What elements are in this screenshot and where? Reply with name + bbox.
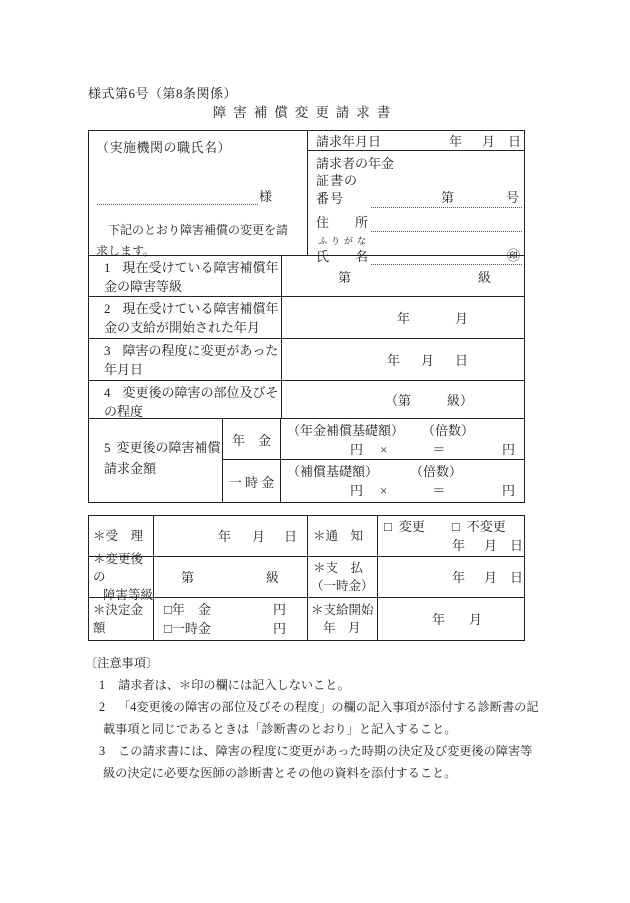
lump-base-line: （補償基礎額） （倍数）	[287, 462, 515, 481]
address-label: 住 所	[316, 214, 368, 232]
lump-amount-cell: （補償基礎額） （倍数） 円 × ＝ 円	[281, 460, 524, 502]
notice-options-line: □ 変更 □ 不変更	[378, 517, 524, 536]
row2-label: 2現在受けている障害補償年金の支給が開始された年月	[89, 297, 282, 338]
note-number: 2	[99, 700, 105, 714]
page-title: 障害補償変更請求書	[0, 101, 630, 121]
row5-label: 5変更後の障害補償請求金額	[89, 419, 223, 502]
grade-suffix: 級	[266, 568, 279, 587]
table-row: 2現在受けている障害補償年金の支給が開始された年月 年 月	[89, 297, 524, 339]
multiplier-label: （倍数）	[422, 421, 474, 440]
row2-value-cell: 年 月	[282, 297, 524, 338]
annuity-type-cell: 年 金	[223, 419, 280, 460]
unit-month: 月	[484, 568, 497, 587]
table-row: 3障害の程度に変更があった年月日 年 月 日	[89, 339, 524, 381]
unit-yen: 円	[350, 440, 363, 459]
grade-prefix: 第	[338, 267, 351, 286]
note-item: 3この請求書には、障害の程度に変更があった時期の決定及び変更後の障害等級の決定に…	[85, 740, 540, 784]
row2-number: 2	[104, 301, 111, 316]
row4-text: 変更後の障害の部位及びその程度	[104, 385, 279, 419]
unit-year: 年	[218, 527, 231, 546]
unit-yen: 円	[502, 481, 515, 500]
unit-yen: 円	[502, 440, 515, 459]
lump-type-cell: 一 時 金	[223, 460, 280, 502]
row4-label: 4変更後の障害の部位及びその程度	[89, 381, 282, 418]
payment-date-cell: 年 月 日	[378, 557, 524, 597]
unit-day: 日	[510, 536, 523, 555]
equals-sign: ＝	[432, 481, 445, 500]
table-row: 1現在受けている障害補償年金の障害等級 第 級	[89, 256, 524, 297]
grade-prefix: 第	[181, 568, 194, 587]
annuity-formula-line: 円 × ＝ 円	[287, 440, 515, 459]
row1-text: 現在受けている障害補償年金の障害等級	[104, 260, 279, 294]
change-option-label: 変更	[399, 517, 425, 536]
request-table: （実施機関の職氏名） 様 下記のとおり障害補償の変更を請求します。 請求年月日 …	[88, 130, 525, 503]
decided-amount-value-cell: □年 金 円 □一時金 円	[154, 598, 308, 640]
receipt-date-cell: 年 月 日	[154, 516, 308, 556]
official-use-table: ＊受 理 年 月 日 ＊通 知 □ 変更 □ 不変更	[88, 515, 525, 641]
unit-year: 年	[449, 131, 462, 150]
pension-cert-label-line1: 請求者の年金	[316, 155, 522, 172]
grade-suffix: 級	[478, 267, 491, 286]
unit-month: 月	[455, 308, 468, 327]
annuity-base-label: （年金補償基礎額）	[287, 421, 404, 440]
start-label-cell: ＊支給開始 年 月	[308, 598, 378, 640]
unit-day: 日	[508, 131, 521, 150]
note-number: 1	[99, 678, 105, 692]
row1-value-cell: 第 級	[282, 256, 524, 296]
row3-value-cell: 年 月 日	[282, 339, 524, 380]
unit-yen: 円	[273, 619, 286, 638]
notice-value-cell: □ 変更 □ 不変更 年 月 日	[378, 516, 524, 556]
number-prefix: 第	[441, 189, 454, 207]
unit-month: 月	[421, 350, 434, 369]
notes-heading: 〔注意事項〕	[85, 652, 540, 674]
address-dotted-line	[371, 231, 522, 232]
address-line: 住 所	[316, 214, 522, 232]
row3-text: 障害の程度に変更があった年月日	[104, 343, 278, 377]
payment-amount-column: （年金補償基礎額） （倍数） 円 × ＝ 円 （補償基礎額） （倍数）	[281, 419, 524, 502]
lump-amount-line: □一時金 円	[154, 619, 307, 638]
unit-month: 月	[482, 131, 495, 150]
agency-name-dotted-line	[97, 190, 258, 205]
row4-value-cell: （第 級）	[282, 381, 524, 418]
annuity-amount-cell: （年金補償基礎額） （倍数） 円 × ＝ 円	[281, 419, 524, 460]
row1-number: 1	[104, 260, 111, 275]
table-row: 5変更後の障害補償請求金額 年 金 一 時 金 （年金補償基礎額） （倍数） 円…	[89, 419, 524, 502]
start-label-line1: ＊支給開始	[311, 601, 377, 619]
no-change-checkbox: □	[452, 517, 460, 536]
honorific-label: 様	[259, 186, 272, 205]
payment-label-line2: （一時金）	[311, 577, 377, 595]
request-header-section: （実施機関の職氏名） 様 下記のとおり障害補償の変更を請求します。 請求年月日 …	[89, 131, 524, 256]
unit-year: 年	[397, 308, 410, 327]
note-number: 3	[99, 744, 105, 758]
decided-amount-label-cell: ＊決定金額	[89, 598, 154, 640]
payment-label-cell: ＊支 払 （一時金）	[308, 557, 378, 597]
pension-cert-label-line2: 証書の番号	[316, 172, 369, 208]
unit-month: 月	[252, 527, 265, 546]
unit-yen: 円	[273, 600, 286, 619]
note-text: 請求者は、＊印の欄には記入しないこと。	[118, 678, 350, 692]
unit-yen: 円	[350, 481, 363, 500]
unit-year: 年	[387, 350, 400, 369]
new-grade-label-cell: ＊変更後の 障害等級	[89, 557, 154, 597]
pension-cert-number-line: 証書の番号 第 号	[316, 172, 522, 208]
row2-text: 現在受けている障害補償年金の支給が開始された年月	[104, 301, 279, 335]
change-checkbox: □	[384, 517, 392, 536]
row5-text: 変更後の障害補償請求金額	[104, 440, 221, 476]
row4-number: 4	[104, 385, 111, 400]
request-date-cell: 請求年月日 年 月 日	[308, 131, 524, 151]
annuity-base-line: （年金補償基礎額） （倍数）	[287, 421, 515, 440]
note-item: 1請求者は、＊印の欄には記入しないこと。	[85, 674, 540, 696]
annuity-item-label: □年 金	[164, 600, 211, 619]
agency-name-line: 様	[97, 186, 272, 205]
equals-sign: ＝	[432, 440, 445, 459]
row1-label: 1現在受けている障害補償年金の障害等級	[89, 256, 282, 296]
multiplier-label: （倍数）	[410, 462, 462, 481]
agency-label: （実施機関の職氏名）	[96, 137, 307, 156]
new-grade-value-cell: 第 級	[154, 557, 308, 597]
agency-cell: （実施機関の職氏名） 様 下記のとおり障害補償の変更を請求します。	[89, 131, 308, 255]
no-change-option-label: 不変更	[467, 517, 506, 536]
row4-grade-open: （第	[385, 390, 411, 409]
unit-month: 月	[484, 536, 497, 555]
notice-label-cell: ＊通 知	[308, 516, 378, 556]
note-text: この請求書には、障害の程度に変更があった時期の決定及び変更後の障害等級の決定に必…	[103, 744, 532, 780]
payment-label-line1: ＊支 払	[311, 559, 377, 577]
table-row: ＊受 理 年 月 日 ＊通 知 □ 変更 □ 不変更	[89, 516, 524, 557]
unit-day: 日	[455, 350, 468, 369]
annuity-amount-line: □年 金 円	[154, 600, 307, 619]
lump-base-label: （補償基礎額）	[287, 462, 378, 481]
receipt-label: ＊受 理	[93, 527, 153, 545]
furigana-label: ふりがな	[318, 236, 522, 246]
notice-label: ＊通 知	[311, 527, 377, 545]
lump-item-label: □一時金	[164, 619, 211, 638]
new-grade-label-line1: ＊変更後の	[93, 550, 153, 586]
decided-amount-label: ＊決定金額	[93, 601, 153, 637]
pension-number-dotted-line: 第 号	[371, 189, 522, 208]
unit-day: 日	[510, 568, 523, 587]
row3-label: 3障害の程度に変更があった年月日	[89, 339, 282, 380]
form-number: 様式第6号（第8条関係）	[88, 83, 237, 102]
row5-number: 5	[104, 440, 111, 455]
start-label-line2: 年 月	[311, 619, 377, 637]
document-page: 様式第6号（第8条関係） 障害補償変更請求書 （実施機関の職氏名） 様 下記のと…	[0, 0, 630, 903]
request-date-label: 請求年月日	[316, 131, 381, 150]
start-date-cell: 年 月	[378, 598, 524, 640]
number-suffix: 号	[506, 189, 519, 207]
row3-number: 3	[104, 343, 111, 358]
note-item: 2「4変更後の障害の部位及びその程度」の欄の記入事項が添付する診断書の記載事項と…	[85, 696, 540, 740]
unit-year: 年	[452, 536, 465, 555]
lump-formula-line: 円 × ＝ 円	[287, 481, 515, 500]
table-row: ＊変更後の 障害等級 第 級 ＊支 払 （一時金） 年 月 日	[89, 557, 524, 598]
payment-type-column: 年 金 一 時 金	[223, 419, 281, 502]
table-row: 4変更後の障害の部位及びその程度 （第 級）	[89, 381, 524, 419]
notice-date-line: 年 月 日	[378, 536, 524, 555]
table-row: ＊決定金額 □年 金 円 □一時金 円 ＊支給開始 年 月 年 月	[89, 598, 524, 640]
unit-year: 年	[432, 610, 445, 629]
unit-month: 月	[469, 610, 482, 629]
row4-grade-close: 級）	[447, 390, 473, 409]
note-text: 「4変更後の障害の部位及びその程度」の欄の記入事項が添付する診断書の記載事項と同…	[103, 700, 539, 736]
multiply-sign: ×	[380, 481, 387, 500]
multiply-sign: ×	[380, 440, 387, 459]
notes-section: 〔注意事項〕 1請求者は、＊印の欄には記入しないこと。 2「4変更後の障害の部位…	[85, 652, 540, 784]
requester-info-column: 請求年月日 年 月 日 請求者の年金 証書の番号 第 号 住	[308, 131, 524, 255]
unit-day: 日	[284, 527, 297, 546]
unit-year: 年	[452, 568, 465, 587]
requester-detail-cell: 請求者の年金 証書の番号 第 号 住 所 ふりがな 氏 名	[308, 151, 524, 267]
